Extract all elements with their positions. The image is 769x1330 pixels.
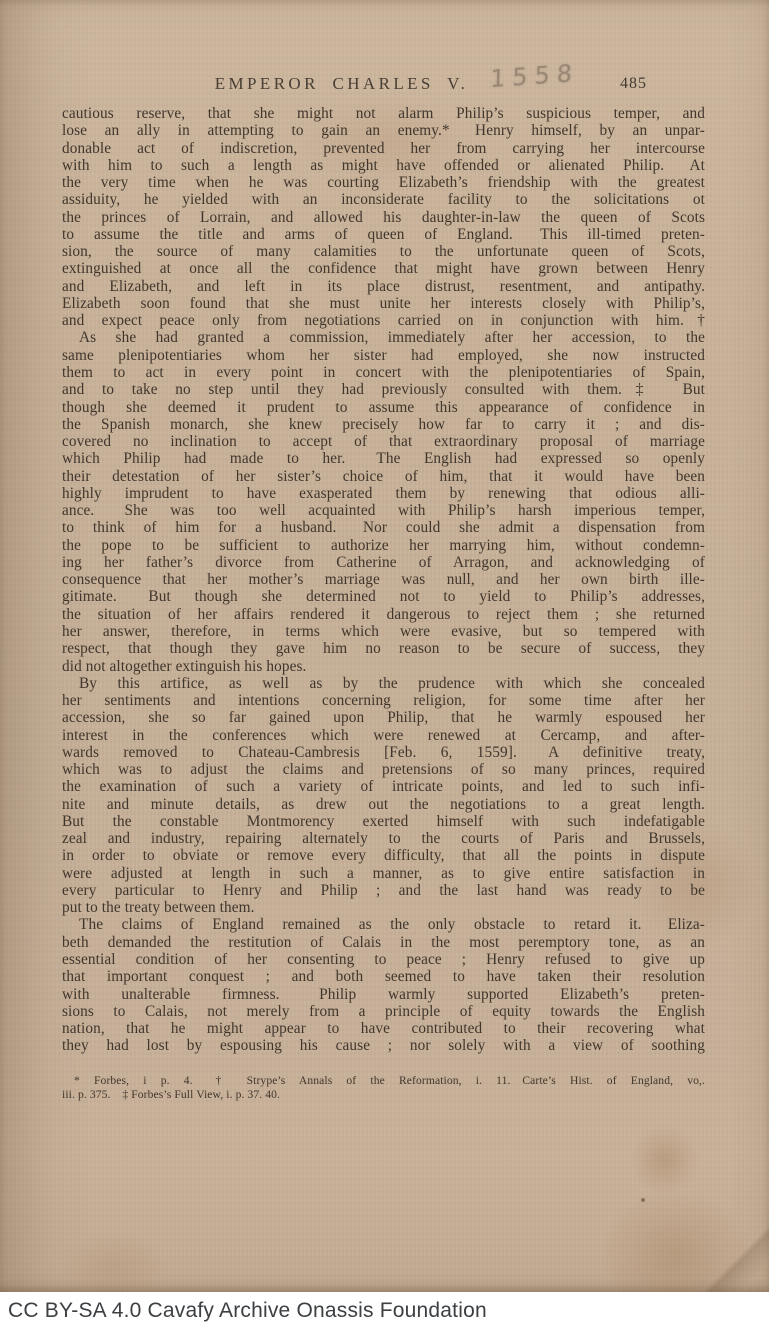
text-line: they had lost by espousing his cause ; n… [62, 1037, 705, 1054]
text-line: the situation of her affairs rendered it… [62, 606, 705, 623]
text-line: nation, that he might appear to have con… [62, 1020, 705, 1037]
text-line: the princes of Lorrain, and allowed his … [62, 209, 705, 226]
book-page: EMPEROR CHARLES V. 1558 485 cautious res… [0, 0, 769, 1292]
text-line: As she had granted a commission, immedia… [62, 329, 705, 346]
body-paragraph: As she had granted a commission, immedia… [62, 329, 705, 674]
paper-stain [630, 1125, 700, 1195]
text-line: with him to such a length as might have … [62, 157, 705, 174]
text-line: though she deemed it prudent to assume t… [62, 399, 705, 416]
text-line: The claims of England remained as the on… [62, 916, 705, 933]
text-line: the examination of such a variety of int… [62, 778, 705, 795]
page-crease [659, 1192, 769, 1292]
text-line: put to the treaty between them. [62, 899, 705, 916]
body-paragraph: By this artifice, as well as by the prud… [62, 675, 705, 917]
text-line: gitimate. But though she determined not … [62, 588, 705, 605]
text-line: the very time when he was courting Eliza… [62, 174, 705, 191]
body-paragraph: cautious reserve, that she might not ala… [62, 105, 705, 329]
text-line: in order to obviate or remove every diff… [62, 847, 705, 864]
text-line: their detestation of her sister’s choice… [62, 468, 705, 485]
text-line: the pope to be sufficient to authorize h… [62, 537, 705, 554]
running-head: EMPEROR CHARLES V. 1558 485 [62, 74, 705, 100]
text-line: sions to Calais, not merely from a princ… [62, 1003, 705, 1020]
page-number: 485 [620, 75, 647, 93]
text-line: ance. She was too well acquainted with P… [62, 502, 705, 519]
text-line: were adjusted at length in such a manner… [62, 865, 705, 882]
text-line: to think of him for a husband. Nor could… [62, 519, 705, 536]
text-line: iii. p. 375. ‡ Forbes’s Full View, i. p.… [62, 1088, 705, 1102]
text-line: lose an ally in attempting to gain an en… [62, 122, 705, 139]
text-line: highly imprudent to have exasperated the… [62, 485, 705, 502]
page-body: cautious reserve, that she might not ala… [62, 105, 705, 1055]
text-line: the Spanish monarch, she knew precisely … [62, 416, 705, 433]
text-line: zeal and industry, repairing alternately… [62, 830, 705, 847]
text-line: ing her father’s divorce from Catherine … [62, 554, 705, 571]
text-line: wards removed to Chateau-Cambresis [Feb.… [62, 744, 705, 761]
scanned-page-image: EMPEROR CHARLES V. 1558 485 cautious res… [0, 0, 769, 1330]
text-line: covered no inclination to accept of that… [62, 433, 705, 450]
text-line: cautious reserve, that she might not ala… [62, 105, 705, 122]
body-paragraph: The claims of England remained as the on… [62, 916, 705, 1054]
text-line: that important conquest ; and both seeme… [62, 968, 705, 985]
text-line: beth demanded the restitution of Calais … [62, 934, 705, 951]
text-line: same plenipotentiaries whom her sister h… [62, 347, 705, 364]
text-line: accession, she so far gained upon Philip… [62, 709, 705, 726]
text-line: But the constable Montmorency exerted hi… [62, 813, 705, 830]
text-line: donable act of indiscretion, prevented h… [62, 140, 705, 157]
text-line: nite and minute details, as drew out the… [62, 796, 705, 813]
text-line: her sentiments and intentions concerning… [62, 692, 705, 709]
footnotes: * Forbes, i p. 4. † Strype’s Annals of t… [62, 1074, 705, 1102]
text-line: and to take no step until they had previ… [62, 381, 705, 398]
text-line: essential condition of her consenting to… [62, 951, 705, 968]
text-line: extinguished at once all the confidence … [62, 260, 705, 277]
text-line: assiduity, he yielded with an inconsider… [62, 191, 705, 208]
paper-stain [60, 1230, 170, 1292]
text-line: consequence that her mother’s marriage w… [62, 571, 705, 588]
text-line: which was to adjust the claims and prete… [62, 761, 705, 778]
license-bar: CC BY-SA 4.0 Cavafy Archive Onassis Foun… [0, 1292, 769, 1330]
text-line: Elizabeth soon found that she must unite… [62, 295, 705, 312]
text-line: sion, the source of many calamities to t… [62, 243, 705, 260]
text-line: which Philip had made to her. The Englis… [62, 450, 705, 467]
text-line: and Elizabeth, and left in its place dis… [62, 278, 705, 295]
text-line: * Forbes, i p. 4. † Strype’s Annals of t… [62, 1074, 705, 1088]
text-line: respect, that though they gave him no re… [62, 640, 705, 657]
text-line: them to act in every point in concert wi… [62, 364, 705, 381]
text-line: every particular to Henry and Philip ; a… [62, 882, 705, 899]
text-line: to assume the title and arms of queen of… [62, 226, 705, 243]
text-line: By this artifice, as well as by the prud… [62, 675, 705, 692]
text-line: her answer, therefore, in terms which we… [62, 623, 705, 640]
ink-speck [641, 1198, 645, 1202]
text-line: and expect peace only from negotiations … [62, 312, 705, 329]
text-line: with unalterable firmness. Philip warmly… [62, 986, 705, 1003]
license-text: CC BY-SA 4.0 Cavafy Archive Onassis Foun… [0, 1299, 487, 1323]
text-line: interest in the conferences which were r… [62, 727, 705, 744]
text-line: did not altogether extinguish his hopes. [62, 658, 705, 675]
